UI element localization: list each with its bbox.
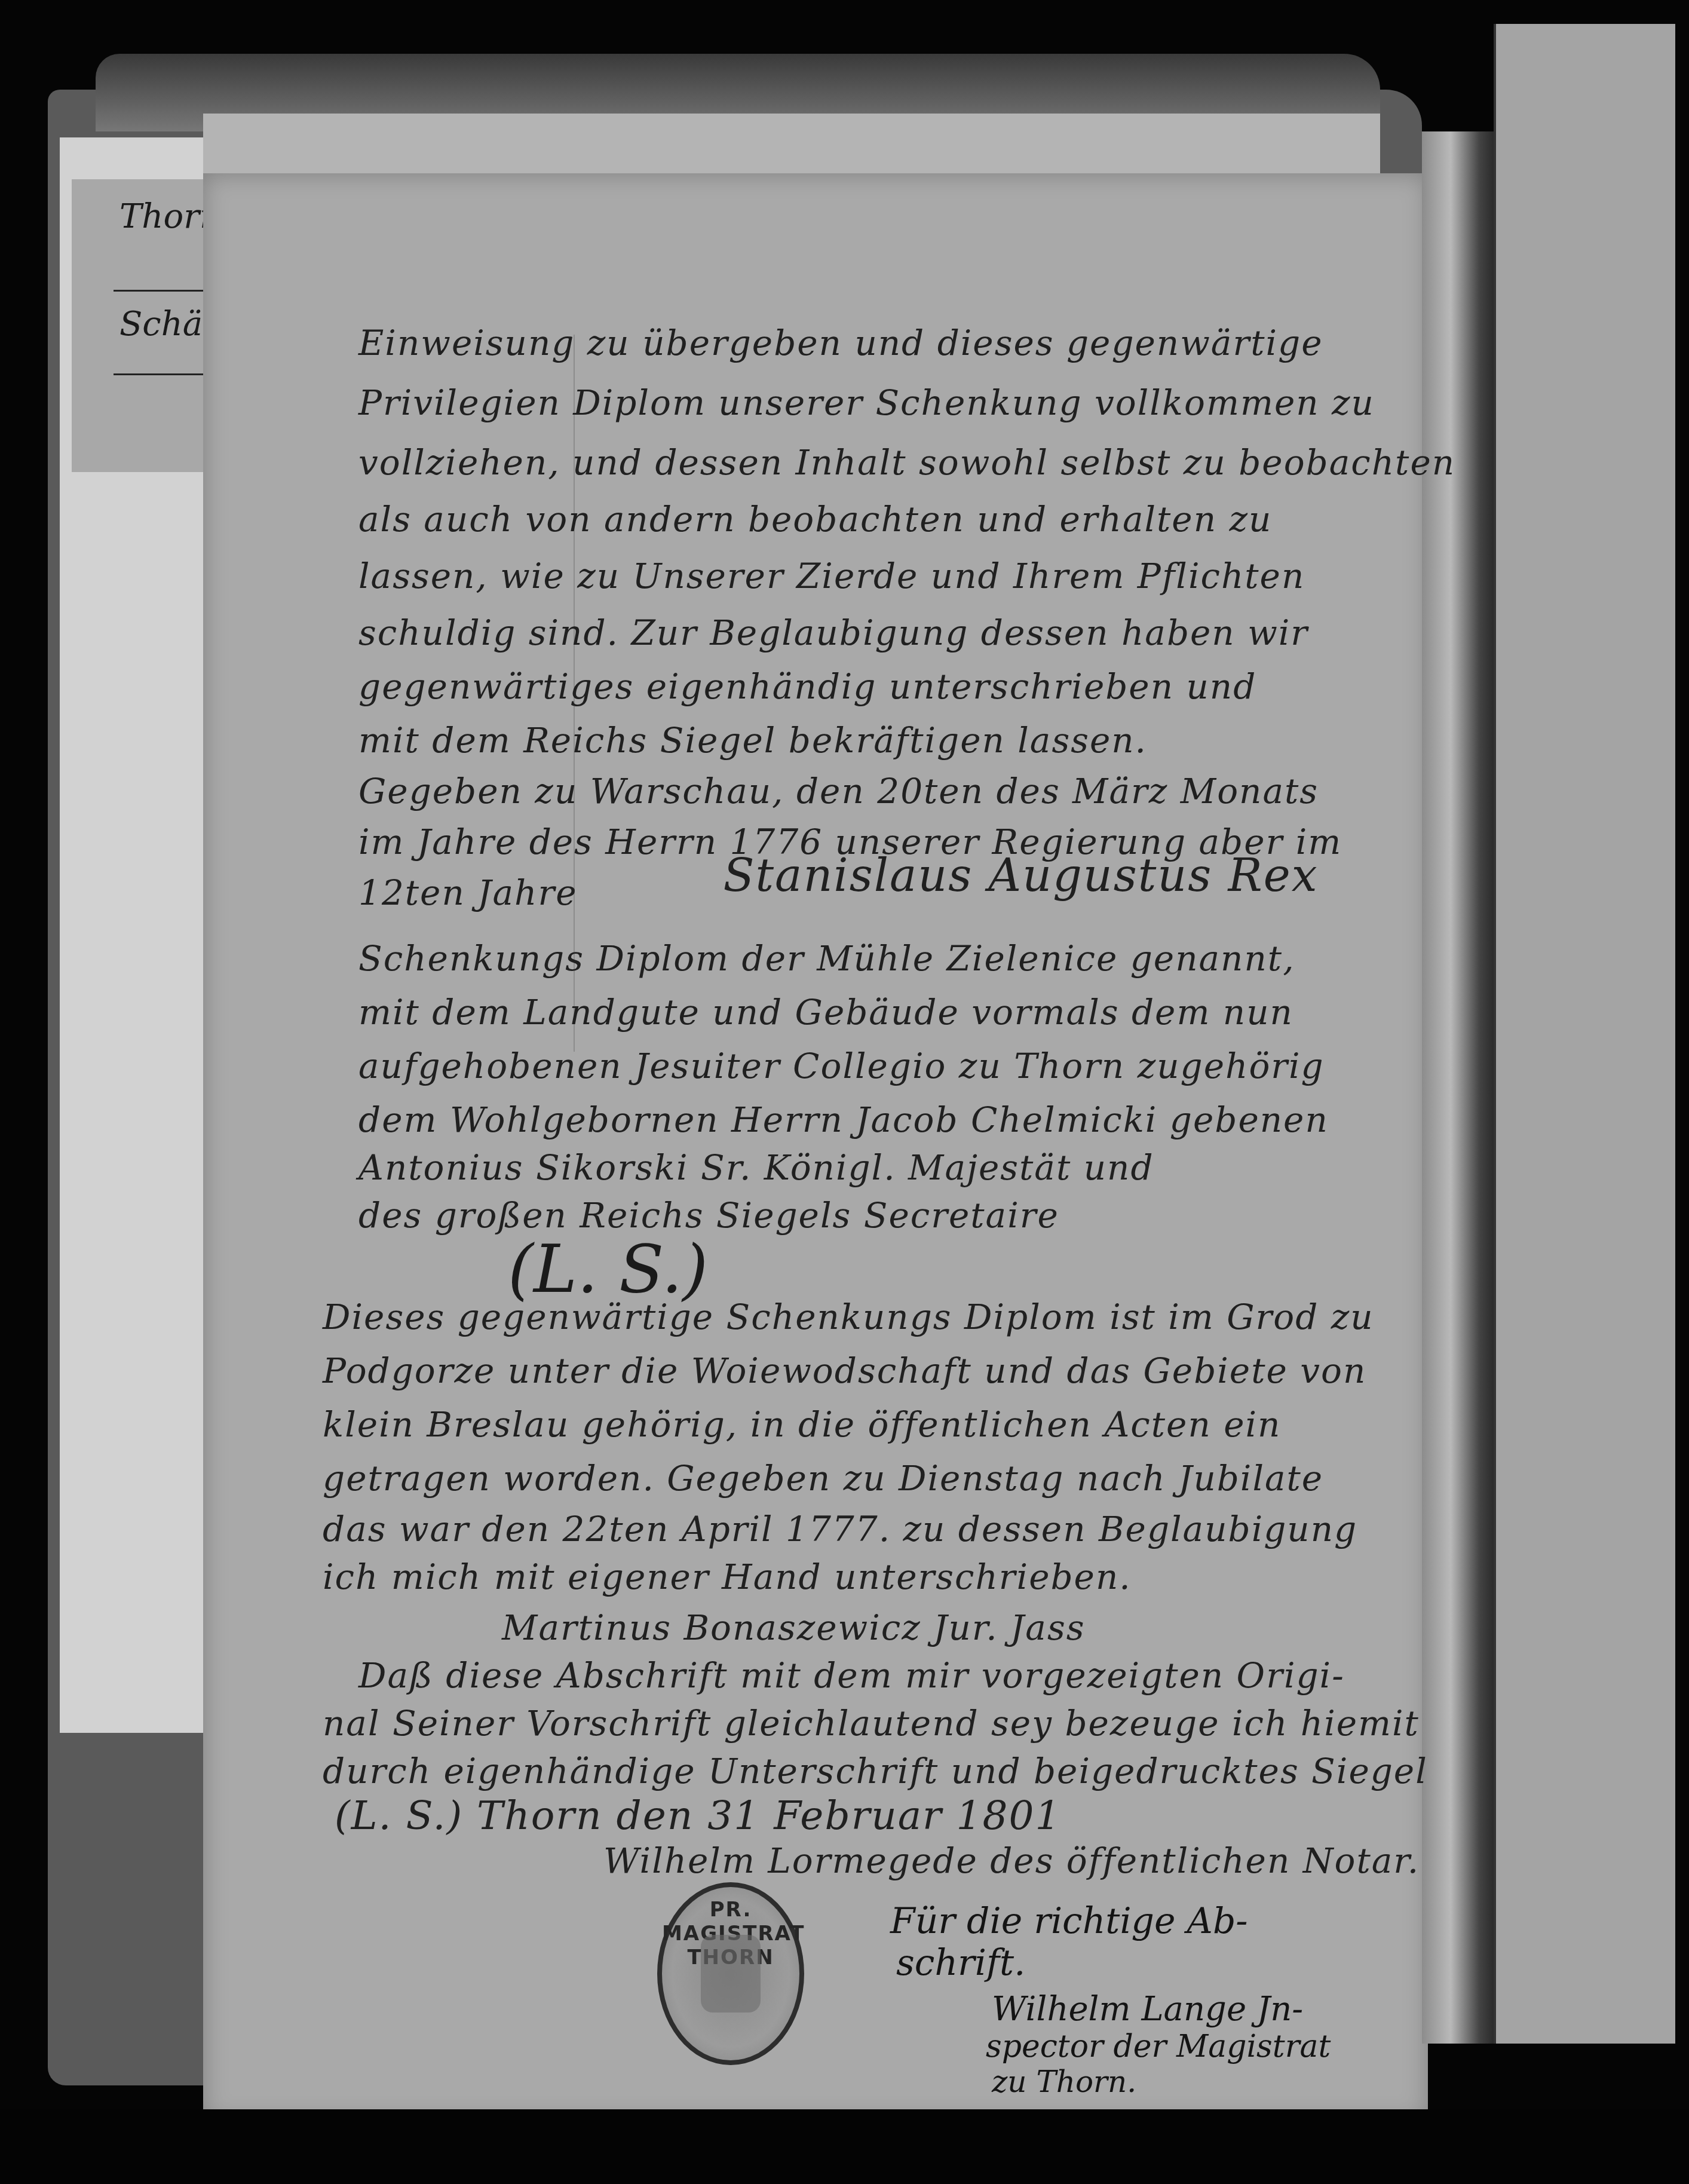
- text-line-18: des großen Reichs Siegels Secretaire: [358, 1195, 1414, 1236]
- text-line-6: schuldig sind. Zur Beglaubigung dessen h…: [358, 612, 1414, 653]
- text-line-8: mit dem Reichs Siegel bekräftigen lassen…: [358, 720, 1414, 761]
- text-line-1: Einweisung zu übergeben und dieses gegen…: [358, 323, 1414, 363]
- royal-signature: Stanislaus Augustus Rex: [627, 849, 1414, 902]
- text-line-24: das war den 22ten April 1777. zu dessen …: [323, 1509, 1414, 1549]
- text-line-15: aufgehobenen Jesuiter Collegio zu Thorn …: [358, 1046, 1414, 1086]
- text-line-21: Podgorze unter die Woiewodschaft und das…: [323, 1350, 1414, 1391]
- seal-emblem-icon: [701, 1935, 761, 2013]
- text-line-2: Privilegien Diplom unserer Schenkung vol…: [358, 382, 1414, 423]
- scan-border: [0, 2109, 1689, 2184]
- inspector-signature-3: zu Thorn.: [992, 2064, 1136, 2099]
- margin-divider: [114, 290, 203, 292]
- text-line-28: nal Seiner Vorschrift gleichlautend sey …: [323, 1703, 1414, 1744]
- text-line-20: Dieses gegenwärtige Schenkungs Diplom is…: [323, 1297, 1414, 1337]
- text-line-17: Antonius Sikorski Sr. Königl. Majestät u…: [358, 1147, 1414, 1188]
- jurist-signature: Martinus Bonaszewicz Jur. Jass: [502, 1607, 1414, 1648]
- text-line-14: mit dem Landgute und Gebäude vormals dem…: [358, 992, 1414, 1033]
- attestation-line-1: Für die richtige Ab-: [890, 1900, 1248, 1942]
- adjacent-page: [1494, 24, 1675, 2044]
- text-line-3: vollziehen, und dessen Inhalt sowohl sel…: [358, 442, 1414, 483]
- text-line-5: lassen, wie zu Unserer Zierde und Ihrem …: [358, 556, 1414, 596]
- attestation-line-2: schrift.: [896, 1942, 1025, 1984]
- magistrate-seal: PR. MAGISTRAT THORN: [657, 1882, 804, 2065]
- notary-signature: Wilhelm Lormegede des öffentlichen Notar…: [603, 1840, 1414, 1881]
- text-line-25: ich mich mit eigener Hand unterschrieben…: [323, 1557, 1414, 1597]
- text-line-22: klein Breslau gehörig, in die öffentlich…: [323, 1404, 1414, 1445]
- text-line-16: dem Wohlgebornen Herrn Jacob Chelmicki g…: [358, 1099, 1414, 1140]
- text-line-9: Gegeben zu Warschau, den 20ten des März …: [358, 771, 1414, 811]
- inspector-signature-2: spector der Magistrat: [986, 2029, 1331, 2064]
- inspector-signature-1: Wilhelm Lange Jn-: [992, 1990, 1303, 2029]
- place-date-line: (L. S.) Thorn den 31 Februar 1801: [335, 1793, 1414, 1839]
- margin-divider: [114, 373, 203, 375]
- text-line-27: Daß diese Abschrift mit dem mir vorgezei…: [358, 1655, 1414, 1696]
- text-line-7: gegenwärtiges eigenhändig unterschrieben…: [358, 666, 1414, 707]
- text-line-4: als auch von andern beobachten und erhal…: [358, 499, 1414, 540]
- locus-sigilli-1: (L. S.): [508, 1231, 708, 1307]
- text-line-29: durch eigenhändige Unterschrift und beig…: [323, 1751, 1414, 1791]
- text-line-13: Schenkungs Diplom der Mühle Zielenice ge…: [358, 938, 1414, 979]
- text-line-23: getragen worden. Gegeben zu Dienstag nac…: [323, 1458, 1414, 1499]
